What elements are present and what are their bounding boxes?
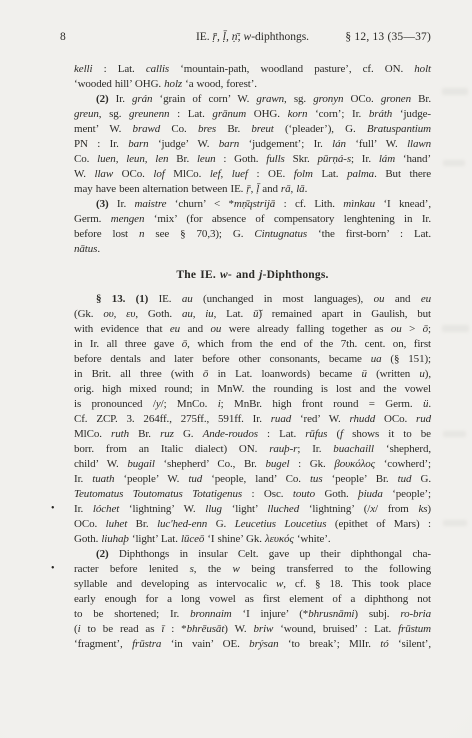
- text-segment: fulls: [266, 153, 284, 165]
- text-segment: ‘light’ Lat.: [129, 533, 181, 545]
- text-segment: with evidence that: [74, 323, 170, 335]
- text-segment: ‘mountain-path, woodland pasture’, cf. O…: [169, 63, 414, 75]
- text-segment: ruad: [271, 413, 291, 425]
- text-line: in Ir. all three gave ō, which from the …: [74, 337, 431, 352]
- text-segment: (§ 151);: [382, 353, 431, 365]
- text-segment: ment’ W.: [74, 123, 133, 135]
- text-segment: being transferred to the following: [240, 563, 431, 575]
- text-segment: >: [402, 323, 423, 335]
- text-segment: holt: [414, 63, 431, 75]
- text-segment: callis: [146, 63, 169, 75]
- text-segment: , the: [194, 563, 233, 575]
- text-segment: The IE.: [176, 269, 220, 281]
- text-segment: ‘white’.: [294, 533, 331, 545]
- text-segment: ‘judge’ W.: [149, 138, 219, 150]
- text-segment: ruth: [111, 428, 129, 440]
- text-segment: Co.: [160, 123, 198, 135]
- text-segment: ‘I injure’ (*: [232, 608, 309, 620]
- text-segment: , sg.: [99, 108, 129, 120]
- text-line: PN : Ir. barn ‘judge’ W. barn ‘judgement…: [74, 137, 431, 152]
- text-segment: , cf. § 18. This took place: [283, 578, 431, 590]
- text-segment: ; Ir.: [351, 153, 379, 165]
- running-header: 8 IE. ṝ, ḹ, ṇ̄; w-diphthongs. § 12, 13 (…: [0, 31, 472, 47]
- text-line: ‘wooded hill’ OHG. holz ‘a wood, forest’…: [74, 77, 431, 92]
- text-segment: Lat.: [313, 168, 347, 180]
- text-segment: eu: [170, 323, 180, 335]
- text-segment: G.: [174, 428, 203, 440]
- text-segment: .: [428, 398, 431, 410]
- text-segment: ‘in vain’ OE.: [161, 638, 249, 650]
- text-segment: tó: [380, 638, 388, 650]
- text-segment: ‘people’ W.: [114, 473, 188, 485]
- text-segment: Ande-roudos: [203, 428, 258, 440]
- text-segment: ‘lightning’ W.: [119, 503, 205, 515]
- text-segment: Skr.: [285, 153, 318, 165]
- text-segment: : Osc.: [242, 488, 293, 500]
- text-line: § 13. (1) IE. au (unchanged in most lang…: [74, 292, 431, 307]
- text-segment: (written: [367, 368, 420, 380]
- text-segment: borr. from an Italic dialect) ON.: [74, 443, 269, 455]
- text-segment: pūrṇá-s: [317, 153, 351, 165]
- text-segment: grawn: [256, 93, 284, 105]
- text-line: (2) Ir. grán ‘grain of corn’ W. grawn, s…: [74, 92, 431, 107]
- text-segment: OCo.: [343, 93, 380, 105]
- text-segment: bugel: [266, 458, 290, 470]
- text-segment: ‘people, land’ Co.: [202, 473, 310, 485]
- text-segment: ‘shepherd,: [374, 443, 431, 455]
- text-line: ment’ W. brawd Co. bres Br. breut (‘plea…: [74, 122, 431, 137]
- text-line: (Gk. ου, ευ, Goth. au, iu, Lat. ū̆) rema…: [74, 307, 431, 322]
- text-line: to be shortened; Ir. bronnaim ‘I injure’…: [74, 607, 431, 622]
- text-segment: gronyn: [313, 93, 343, 105]
- text-segment: holz: [164, 78, 182, 90]
- bleedthrough-mark: [442, 88, 468, 95]
- text-segment: au, iu: [182, 308, 214, 320]
- text-segment: : *: [164, 623, 186, 635]
- text-segment: ‘I knead’,: [375, 198, 431, 210]
- text-segment: (unchanged in most languages),: [193, 293, 374, 305]
- text-segment: W.: [74, 168, 95, 180]
- text-segment: .: [97, 243, 100, 255]
- text-segment: leun: [197, 153, 216, 165]
- text-segment: child’ W.: [74, 458, 127, 470]
- text-segment: lám: [379, 153, 395, 165]
- text-line: greun, sg. greunenn : Lat. grānum OHG. k…: [74, 107, 431, 122]
- text-line: may have been alternation between IE. ṝ,…: [74, 182, 431, 197]
- text-segment: ‘people’ Br.: [323, 473, 398, 485]
- text-line: Teutomatus Toutomatus Totatigenus : Osc.…: [74, 487, 431, 502]
- text-segment: ;: [428, 323, 431, 335]
- text-segment: ‘people’;: [383, 488, 431, 500]
- text-segment: luc'hed-enn: [157, 518, 207, 530]
- text-segment: βουκόλος: [334, 458, 375, 470]
- text-segment: ; Ir.: [297, 443, 333, 455]
- text-line: •racter before lenited s, the w being tr…: [74, 562, 431, 577]
- text-segment: Leucetius Loucetius: [235, 518, 327, 530]
- text-segment: bronnaim: [190, 608, 232, 620]
- text-segment: ‘corn’; Ir.: [307, 108, 368, 120]
- text-line: (i to be read as ī : *bhrēusāt) W. briw …: [74, 622, 431, 637]
- text-segment: ‘wooded hill’ OHG.: [74, 78, 164, 90]
- text-segment: folm: [294, 168, 313, 180]
- text-line: before dentals and later before other co…: [74, 352, 431, 367]
- text-segment: þiuda: [358, 488, 383, 500]
- text-segment: ‘silent’,: [389, 638, 431, 650]
- text-segment: early enough for a long vowel as first e…: [74, 593, 431, 605]
- text-segment: [125, 293, 135, 305]
- margin-dot-icon: •: [51, 501, 67, 516]
- text-segment: ) remained apart in Gaulish, but: [258, 308, 431, 320]
- text-segment: Goth.: [315, 488, 358, 500]
- text-segment: rud: [416, 413, 431, 425]
- text-segment: ro-bria: [400, 608, 431, 620]
- text-line: (3) Ir. maistre ‘churn’ < *mṇ̄qstrijā : …: [74, 197, 431, 212]
- text-line: before lost n see § 70,3); G. Cintugnatu…: [74, 227, 431, 242]
- text-segment: mìnkau: [343, 198, 375, 210]
- text-line: is pronounced /y/; MnCo. i; MnBr. high f…: [74, 397, 431, 412]
- text-segment: /; MnCo.: [161, 398, 218, 410]
- text-segment: bugail: [127, 458, 155, 470]
- bleedthrough-mark: [443, 431, 466, 437]
- text-segment: liuhaþ: [101, 533, 129, 545]
- text-segment: .: [305, 183, 308, 195]
- text-segment: in Lat. loanwords) became: [208, 368, 361, 380]
- text-segment: Ir.: [74, 473, 92, 485]
- text-segment: nātus: [74, 243, 97, 255]
- text-segment: (3): [96, 198, 109, 210]
- text-segment: bres: [198, 123, 216, 135]
- text-segment: : cf. Lith.: [275, 198, 343, 210]
- text-segment: : Lat.: [169, 108, 212, 120]
- text-segment: llawn: [407, 138, 431, 150]
- text-segment: ‘hand’: [395, 153, 431, 165]
- text-segment: Diphthongs in insular Celt. gave up thei…: [109, 548, 431, 560]
- text-segment: greun: [74, 108, 99, 120]
- text-segment: ‘red’ W.: [291, 413, 349, 425]
- text-segment: Cf. ZCP. 3. 264ff., 275ff., 591ff. Ir.: [74, 413, 271, 425]
- text-segment: Teutomatus Toutomatus Totatigenus: [74, 488, 242, 500]
- text-segment: luhet: [106, 518, 128, 530]
- text-segment: to be read as: [81, 623, 162, 635]
- text-segment: lán: [332, 138, 346, 150]
- text-segment: is pronounced /: [74, 398, 156, 410]
- text-segment: frūstum: [398, 623, 431, 635]
- text-segment: buachaill: [333, 443, 374, 455]
- text-segment: rūfus: [305, 428, 327, 440]
- text-segment: PN : Ir.: [74, 138, 128, 150]
- text-line: kelli : Lat. callis ‘mountain-path, wood…: [74, 62, 431, 77]
- text-segment: ‘judge-: [392, 108, 431, 120]
- text-segment: Ir.: [74, 503, 93, 515]
- text-segment: ‘fragment’,: [74, 638, 132, 650]
- text-segment: breut: [251, 123, 273, 135]
- text-segment: ου, ευ: [103, 308, 135, 320]
- text-line: Cf. ZCP. 3. 264ff., 275ff., 591ff. Ir. r…: [74, 412, 431, 427]
- text-segment: (Gk.: [74, 308, 103, 320]
- text-segment: (: [327, 428, 340, 440]
- text-segment: grānum: [212, 108, 246, 120]
- text-segment: to be shortened; Ir.: [74, 608, 190, 620]
- text-segment: ; MnBr. high front round = Germ.: [221, 398, 423, 410]
- text-segment: ‘grain of corn’ W.: [152, 93, 256, 105]
- text-segment: ‘light’: [222, 503, 267, 515]
- text-line: orig. high mixed round; in MnW. the roun…: [74, 382, 431, 397]
- text-segment: tud: [188, 473, 202, 485]
- text-segment: ou: [391, 323, 402, 335]
- text-line: Germ. mengen ‘mix’ (for absence of compe…: [74, 212, 431, 227]
- text-segment: lóchet: [93, 503, 119, 515]
- text-segment: ‘judgement’; Ir.: [239, 138, 332, 150]
- text-segment: Br.: [127, 518, 157, 530]
- text-segment: ),: [425, 368, 431, 380]
- section-ref: § 12, 13 (35—37): [345, 31, 431, 43]
- bleedthrough-mark: [443, 160, 465, 166]
- text-segment: w: [233, 563, 240, 575]
- text-segment: ṝ, ḹ, ṇ̄: [213, 31, 238, 43]
- text-line: Ir. tuath ‘people’ W. tud ‘people, land’…: [74, 472, 431, 487]
- text-segment: au: [182, 293, 193, 305]
- text-segment: ) W.: [224, 623, 253, 635]
- text-segment: in Ir. all three gave: [74, 338, 182, 350]
- text-segment: ‘the first-born’ : Lat.: [307, 228, 431, 240]
- text-line: borr. from an Italic dialect) ON. rauþ-r…: [74, 442, 431, 457]
- text-segment: ou: [211, 323, 222, 335]
- text-segment: lluched: [267, 503, 299, 515]
- text-segment: bráth: [369, 108, 392, 120]
- text-segment: shows it to be: [343, 428, 431, 440]
- text-segment: Co.: [74, 153, 97, 165]
- text-segment: bhrusnāmi: [308, 608, 354, 620]
- text-segment: (2): [96, 93, 109, 105]
- text-segment: rā, lā: [281, 183, 305, 195]
- text-segment: OCo.: [375, 413, 416, 425]
- text-segment: ruz: [160, 428, 174, 440]
- text-segment: before dentals and later before other co…: [74, 353, 371, 365]
- text-segment: ‘mix’ (for absence of compensatory lengh…: [144, 213, 431, 225]
- text-line: child’ W. bugail ‘shepherd’ Co., Br. bug…: [74, 457, 431, 472]
- section-heading: The IE. w- and j-Diphthongs.: [74, 268, 431, 283]
- text-segment: and: [384, 293, 420, 305]
- text-line: ‘fragment’, frūstra ‘in vain’ OE. brýsan…: [74, 637, 431, 652]
- text-segment: ‘full’ W.: [346, 138, 407, 150]
- text-segment: Germ.: [74, 213, 111, 225]
- text-segment: ou: [374, 293, 385, 305]
- text-segment: and: [180, 323, 210, 335]
- text-segment: : Lat.: [258, 428, 305, 440]
- text-segment: tus: [310, 473, 323, 485]
- text-segment: kelli: [74, 63, 92, 75]
- text-segment: orig. high mixed round; in MnW. the roun…: [74, 383, 431, 395]
- text-segment: barn: [219, 138, 239, 150]
- text-segment: Br.: [168, 153, 197, 165]
- text-segment: llaw: [95, 168, 114, 180]
- text-segment: -diphthongs.: [251, 31, 309, 43]
- text-segment: G.: [207, 518, 235, 530]
- text-segment: Ir.: [109, 93, 132, 105]
- text-segment: frūstra: [132, 638, 161, 650]
- text-segment: may have been alternation between IE.: [74, 183, 246, 195]
- text-segment: lof: [153, 168, 164, 180]
- page-body: kelli : Lat. callis ‘mountain-path, wood…: [74, 62, 431, 652]
- text-segment: racter before lenited: [74, 563, 190, 575]
- text-segment: greunenn: [129, 108, 169, 120]
- text-line: in Brit. all three (with ō in Lat. loanw…: [74, 367, 431, 382]
- text-segment: rhudd: [350, 413, 376, 425]
- text-segment: touto: [293, 488, 315, 500]
- text-segment: barn: [128, 138, 148, 150]
- text-segment: / from: [375, 503, 418, 515]
- book-page: 8 IE. ṝ, ḹ, ṇ̄; w-diphthongs. § 12, 13 (…: [0, 0, 472, 738]
- text-segment: (epithet of Mars) :: [326, 518, 431, 530]
- text-segment: OCo.: [113, 168, 153, 180]
- bleedthrough-mark: [442, 325, 469, 332]
- text-segment: ‘cowherd’;: [375, 458, 431, 470]
- text-segment: ṝ, ḹ: [246, 183, 259, 195]
- text-line: nātus.: [74, 242, 431, 257]
- text-segment: were already falling together as: [221, 323, 391, 335]
- text-segment: Cintugnatus: [254, 228, 307, 240]
- text-segment: korn: [288, 108, 308, 120]
- margin-dot-icon: •: [51, 561, 67, 576]
- text-line: •Ir. lóchet ‘lightning’ W. llug ‘light’ …: [74, 502, 431, 517]
- text-segment: G.: [411, 473, 431, 485]
- text-line: (2) Diphthongs in insular Celt. gave up …: [74, 547, 431, 562]
- text-segment: brýsan: [249, 638, 278, 650]
- text-segment: : Goth.: [216, 153, 267, 165]
- text-segment: maistre: [134, 198, 166, 210]
- text-segment: MlCo.: [74, 428, 111, 440]
- text-segment: briw: [253, 623, 273, 635]
- text-line: with evidence that eu and ou were alread…: [74, 322, 431, 337]
- text-segment: Bratuspantium: [367, 123, 431, 135]
- text-line: W. llaw OCo. lof MlCo. lef, luef : OE. f…: [74, 167, 431, 182]
- text-segment: ua: [371, 353, 382, 365]
- text-segment: w: [220, 269, 228, 281]
- text-segment: Br.: [216, 123, 251, 135]
- text-segment: ): [427, 503, 431, 515]
- text-segment: tuath: [92, 473, 114, 485]
- text-segment: λευκός: [265, 533, 294, 545]
- text-segment: IE.: [148, 293, 182, 305]
- text-segment: mṇ̄qstrijā: [234, 198, 275, 210]
- text-segment: Ir.: [109, 198, 135, 210]
- text-segment: ‘to break’; MlIr.: [279, 638, 381, 650]
- text-segment: brawd: [133, 123, 161, 135]
- text-segment: OHG.: [246, 108, 288, 120]
- text-segment: Br.: [129, 428, 160, 440]
- text-segment: syllable and developing as intervocalic: [74, 578, 276, 590]
- text-segment: ‘wound, bruised’ : Lat.: [273, 623, 398, 635]
- text-segment: . But there: [374, 168, 431, 180]
- text-segment: OCo.: [74, 518, 106, 530]
- text-segment: , Goth.: [135, 308, 182, 320]
- text-segment: luen, leun, len: [97, 153, 168, 165]
- text-segment: palma: [347, 168, 374, 180]
- text-segment: ‘churn’ < *: [166, 198, 234, 210]
- text-segment: see § 70,3); G.: [144, 228, 254, 240]
- text-segment: (1): [136, 293, 149, 305]
- text-line: OCo. luhet Br. luc'hed-enn G. Leucetius …: [74, 517, 431, 532]
- text-segment: ‘I shine’ Gk.: [204, 533, 265, 545]
- text-line: MlCo. ruth Br. ruz G. Ande-roudos : Lat.…: [74, 427, 431, 442]
- text-segment: Br.: [411, 93, 431, 105]
- text-segment: grán: [132, 93, 152, 105]
- text-segment: ‘shepherd’ Co., Br.: [155, 458, 266, 470]
- text-segment: MlCo.: [165, 168, 210, 180]
- text-segment: ‘a wood, forest’.: [182, 78, 257, 90]
- text-segment: Goth.: [74, 533, 101, 545]
- text-segment: in Brit. all three (with: [74, 368, 203, 380]
- text-segment: § 13.: [96, 293, 125, 305]
- text-segment: eu: [421, 293, 431, 305]
- text-segment: lef, luef: [210, 168, 248, 180]
- text-segment: IE.: [196, 31, 213, 43]
- text-segment: : OE.: [248, 168, 294, 180]
- text-line: Co. luen, leun, len Br. leun : Goth. ful…: [74, 152, 431, 167]
- text-line: early enough for a long vowel as first e…: [74, 592, 431, 607]
- text-segment: - and: [228, 269, 259, 281]
- text-line: syllable and developing as intervocalic …: [74, 577, 431, 592]
- text-segment: , sg.: [284, 93, 313, 105]
- text-segment: lūceō: [181, 533, 204, 545]
- text-segment: , which from the end of the 7th. cent. o…: [187, 338, 431, 350]
- text-segment: and: [259, 183, 281, 195]
- text-segment: rauþ-r: [269, 443, 297, 455]
- page-number: 8: [60, 31, 66, 43]
- text-segment: : Gk.: [289, 458, 334, 470]
- text-segment: (‘pleader’), G.: [274, 123, 367, 135]
- text-segment: , Lat.: [214, 308, 253, 320]
- text-segment: llug: [205, 503, 222, 515]
- text-segment: -Diphthongs.: [263, 269, 329, 281]
- text-segment: ‘lightning’ (/: [299, 503, 370, 515]
- text-segment: bhrēusāt: [187, 623, 225, 635]
- text-segment: before lost: [74, 228, 139, 240]
- text-segment: (2): [96, 548, 109, 560]
- text-segment: ) subj.: [354, 608, 400, 620]
- text-segment: gronen: [381, 93, 411, 105]
- text-segment: mengen: [111, 213, 145, 225]
- text-line: Goth. liuhaþ ‘light’ Lat. lūceō ‘I shine…: [74, 532, 431, 547]
- text-segment: tud: [398, 473, 412, 485]
- bleedthrough-mark: [443, 520, 467, 526]
- text-segment: : Lat.: [92, 63, 145, 75]
